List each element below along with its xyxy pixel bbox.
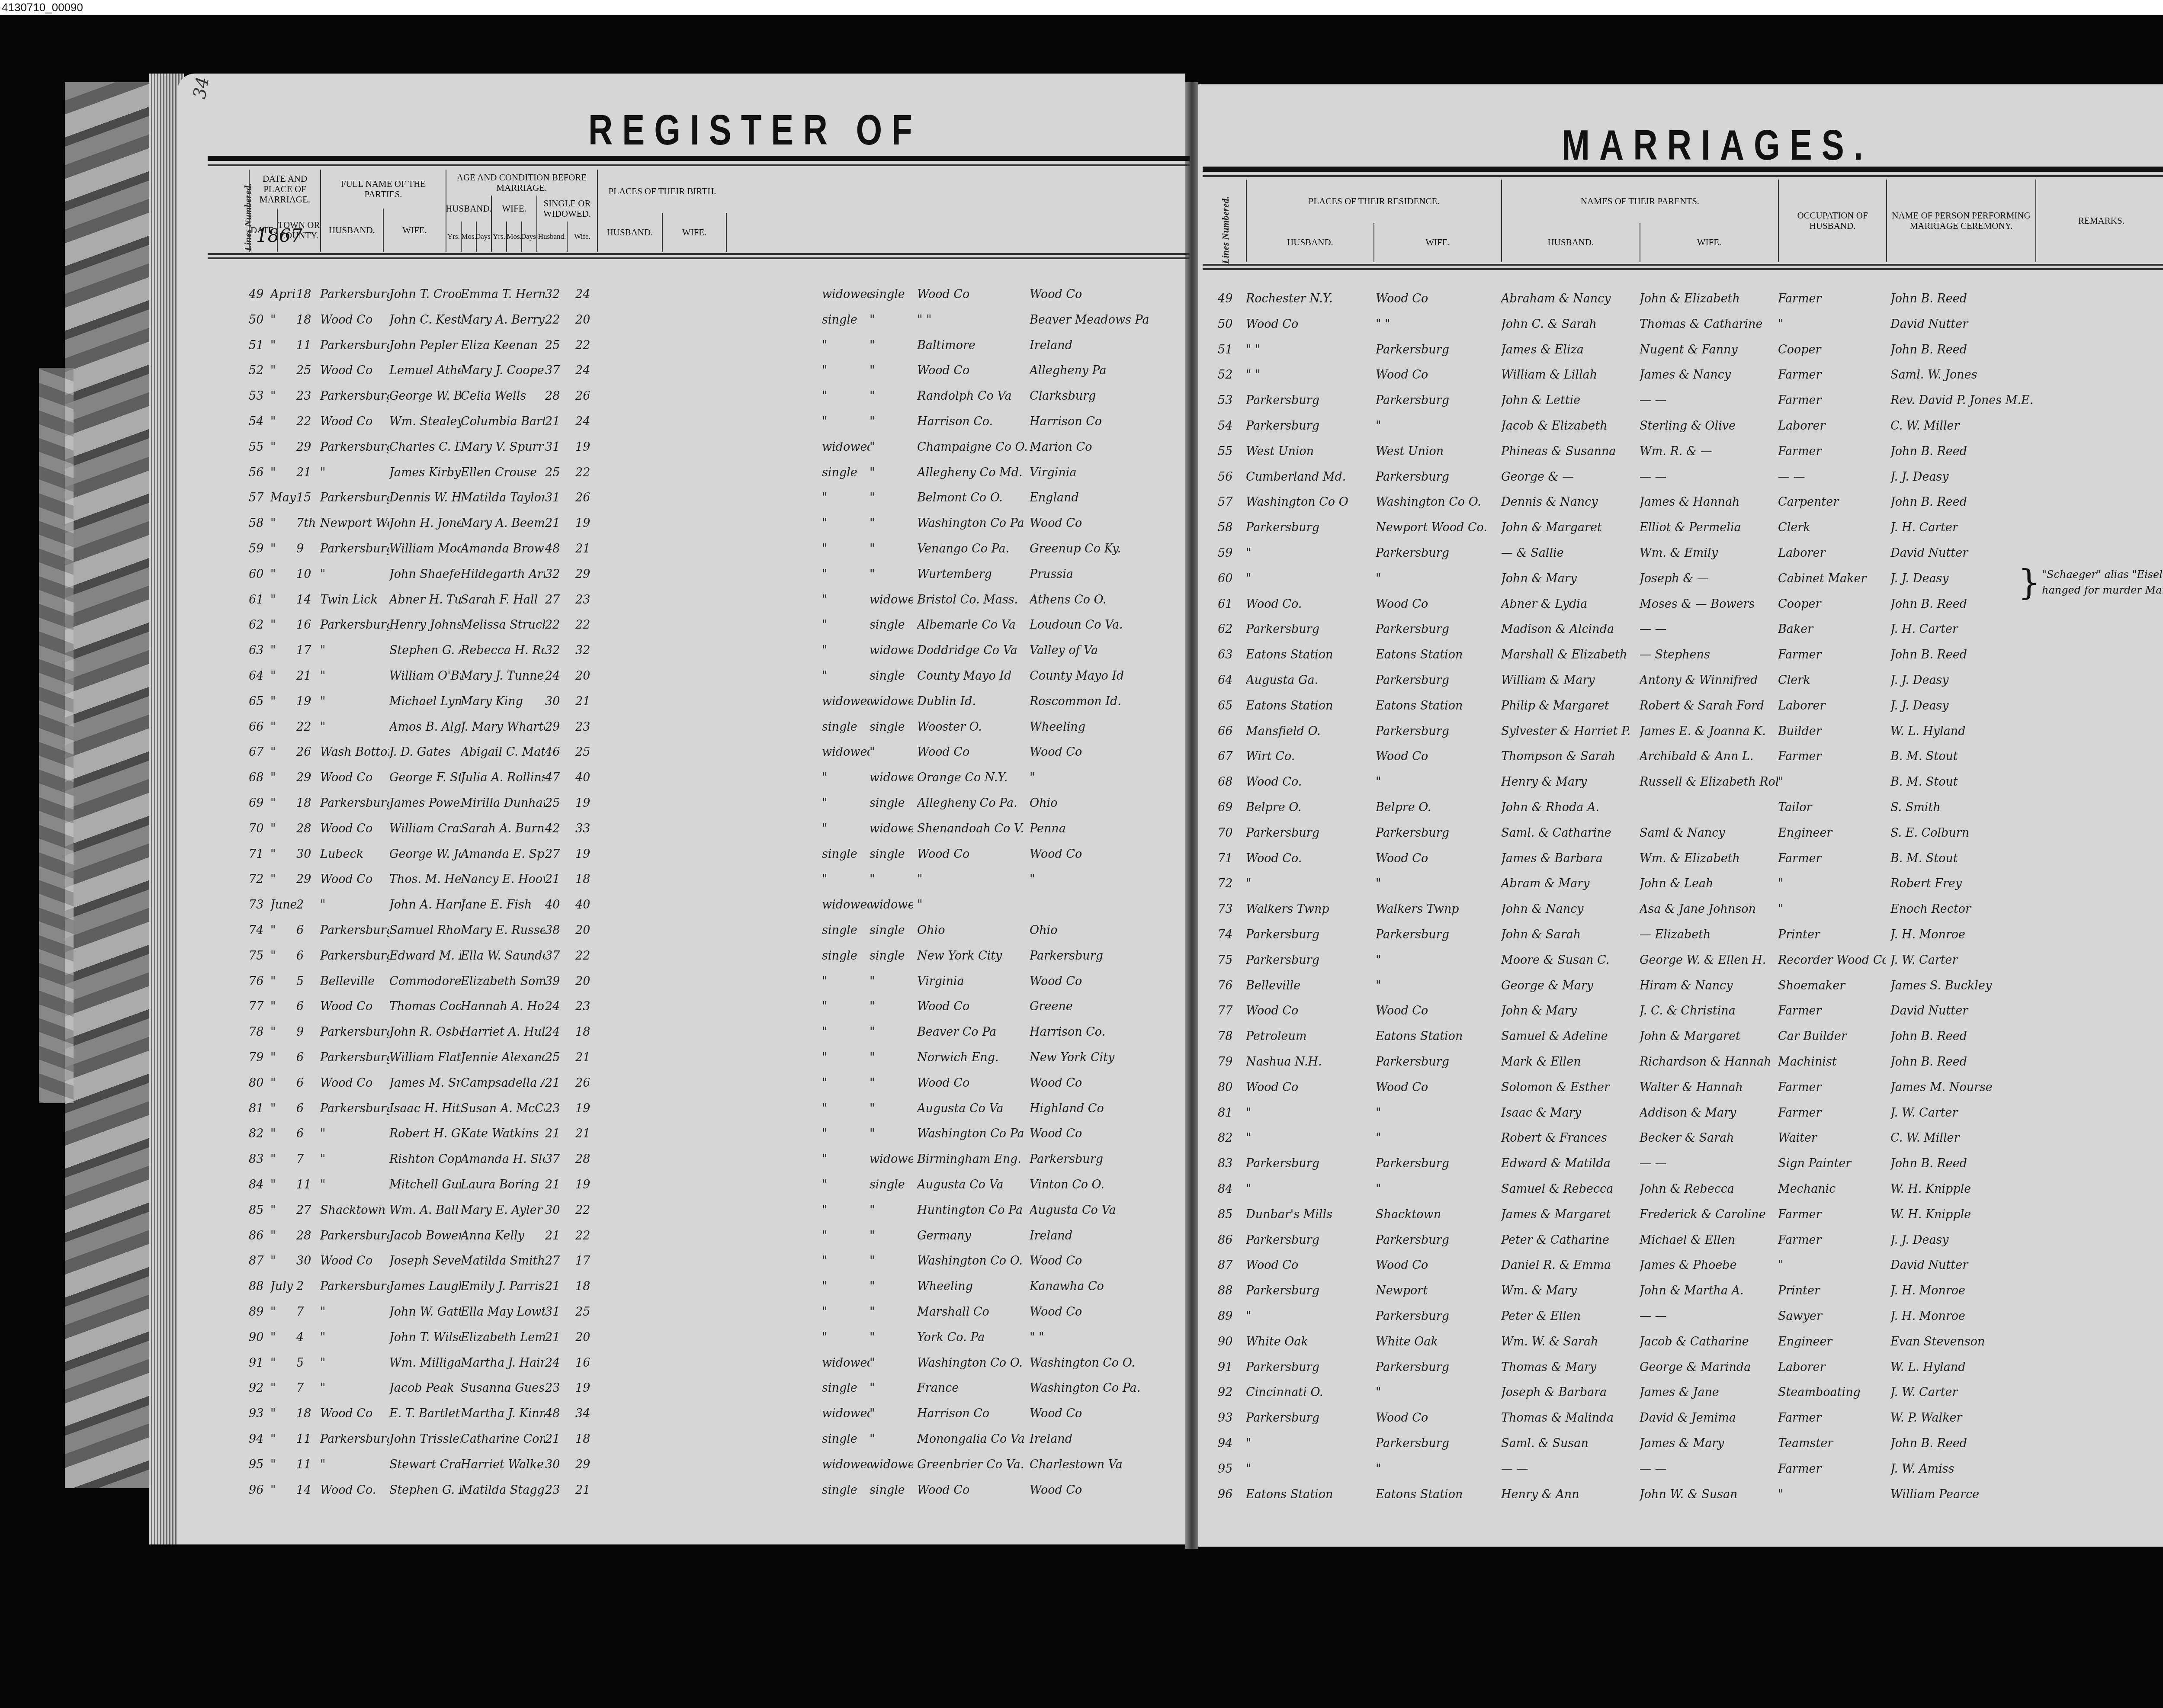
cell-res-w: Parkersburg <box>1376 546 1492 560</box>
cell-officiant: W. L. Hyland <box>1890 725 2033 738</box>
cell-res-h: " <box>1246 1106 1367 1120</box>
cell-res-h: Wood Co. <box>1246 852 1367 865</box>
header-w-days: Days. <box>521 222 536 252</box>
cell-occupation: Laborer <box>1778 699 1886 713</box>
cell-occupation: — — <box>1778 470 1886 484</box>
cell-no: 89 <box>1218 1310 1242 1323</box>
table-row: 55West UnionWest UnionPhineas & SusannaW… <box>0 445 2163 470</box>
cell-res-h: Mansfield O. <box>1246 725 1367 738</box>
cell-par-w: — — <box>1640 394 1778 407</box>
header-rule-bottom-right-2 <box>1203 268 2163 270</box>
table-row: 79Nashua N.H.ParkersburgMark & EllenRich… <box>0 1055 2163 1080</box>
cell-no: 75 <box>1218 954 1242 967</box>
remark-line-2: hanged for murder March 6 1868 <box>2042 582 2163 598</box>
cell-officiant: J. J. Deasy <box>1890 699 2033 713</box>
cell-occupation: " <box>1778 1488 1886 1501</box>
cell-officiant: John B. Reed <box>1890 1157 2033 1170</box>
table-row: 88ParkersburgNewportWm. & MaryJohn & Mar… <box>0 1284 2163 1309</box>
table-row: 65Eatons StationEatons StationPhilip & M… <box>0 699 2163 724</box>
cell-par-h: Madison & Alcinda <box>1501 623 1640 636</box>
table-row: 72""Abram & MaryJohn & Leah"Robert Frey <box>0 877 2163 902</box>
cell-res-w: " <box>1376 1131 1492 1145</box>
cell-res-h: Parkersburg <box>1246 419 1367 433</box>
cell-occupation: Laborer <box>1778 1361 1886 1374</box>
cell-res-h: Cincinnati O. <box>1246 1386 1367 1399</box>
table-row: 83ParkersburgParkersburgEdward & Matilda… <box>0 1157 2163 1182</box>
cell-no: 72 <box>1218 877 1242 890</box>
cell-occupation: Farmer <box>1778 1233 1886 1247</box>
cell-res-w: White Oak <box>1376 1335 1492 1348</box>
table-row: 78PetroleumEatons StationSamuel & Adelin… <box>0 1030 2163 1055</box>
cell-occupation: Carpenter <box>1778 495 1886 509</box>
cell-no: 69 <box>1218 801 1242 814</box>
cell-officiant: J. J. Deasy <box>1890 1233 2033 1247</box>
remark-note: "Schaeger" alias "Eisele" hanged for mur… <box>2042 567 2163 598</box>
cell-par-h: Samuel & Adeline <box>1501 1030 1640 1043</box>
cell-no: 62 <box>1218 623 1242 636</box>
header-full-name: FULL NAME OF THE PARTIES. <box>320 170 446 209</box>
cell-par-w: James E. & Joanna K. <box>1640 725 1778 738</box>
cell-officiant: J. W. Amiss <box>1890 1462 2033 1476</box>
table-row: 49Rochester N.Y.Wood CoAbraham & NancyJo… <box>0 292 2163 317</box>
header-age-condition: AGE AND CONDITION BEFORE MARRIAGE. <box>446 170 597 196</box>
cell-par-h: James & Eliza <box>1501 343 1640 356</box>
cell-officiant: Rev. David P. Jones M.E. <box>1890 394 2033 407</box>
cell-occupation: Farmer <box>1778 1106 1886 1120</box>
cell-res-w: Parkersburg <box>1376 826 1492 840</box>
table-row: 90White OakWhite OakWm. W. & SarahJacob … <box>0 1335 2163 1360</box>
cell-res-w: Wood Co <box>1376 1259 1492 1272</box>
cell-res-h: Parkersburg <box>1246 826 1367 840</box>
cell-no: 71 <box>1218 852 1242 865</box>
cell-no: 79 <box>1218 1055 1242 1069</box>
cell-par-h: John & Lettie <box>1501 394 1640 407</box>
header-single-widowed: SINGLE or WIDOWED. <box>536 196 597 222</box>
page-number: 34 <box>189 75 213 100</box>
cell-par-w: — Stephens <box>1640 648 1778 661</box>
remark-line-1: "Schaeger" alias "Eisele" <box>2042 567 2163 582</box>
cell-res-h: Rochester N.Y. <box>1246 292 1367 305</box>
cell-officiant: J. H. Monroe <box>1890 928 2033 941</box>
cell-officiant: J. H. Monroe <box>1890 1310 2033 1323</box>
table-row: 50Wood Co" "John C. & SarahThomas & Cath… <box>0 318 2163 343</box>
cell-occupation: " <box>1778 318 1886 331</box>
cell-par-h: John & Nancy <box>1501 902 1640 916</box>
cell-no: 90 <box>1218 1335 1242 1348</box>
cell-no: 86 <box>1218 1233 1242 1247</box>
header-age-wife: WIFE. <box>491 196 536 222</box>
table-row: 68Wood Co."Henry & MaryRussell & Elizabe… <box>0 775 2163 800</box>
cell-officiant: W. H. Knipple <box>1890 1182 2033 1196</box>
header-h-mos: Mos. <box>461 222 476 252</box>
cell-par-w: — Elizabeth <box>1640 928 1778 941</box>
cell-res-h: Wood Co <box>1246 318 1367 331</box>
cell-par-w: Sterling & Olive <box>1640 419 1778 433</box>
cell-res-w: Parkersburg <box>1376 1055 1492 1069</box>
cell-no: 64 <box>1218 674 1242 687</box>
cell-occupation: Cooper <box>1778 597 1886 611</box>
header-name-wife: WIFE. <box>383 209 446 252</box>
cell-no: 73 <box>1218 902 1242 916</box>
cell-no: 92 <box>1218 1386 1242 1399</box>
cell-occupation: Farmer <box>1778 394 1886 407</box>
header-name-husband: HUSBAND. <box>320 209 383 252</box>
cell-par-w: Robert & Sarah Ford <box>1640 699 1778 713</box>
cell-officiant: B. M. Stout <box>1890 775 2033 789</box>
table-row: 74ParkersburgParkersburgJohn & Sarah— El… <box>0 928 2163 953</box>
cell-no: 65 <box>1218 699 1242 713</box>
cell-res-h: Cumberland Md. <box>1246 470 1367 484</box>
cell-officiant: John B. Reed <box>1890 445 2033 458</box>
cell-par-w: — — <box>1640 1157 1778 1170</box>
cell-res-h: Parkersburg <box>1246 1361 1367 1374</box>
table-row: 73Walkers TwnpWalkers TwnpJohn & NancyAs… <box>0 902 2163 928</box>
cell-res-w: Eatons Station <box>1376 699 1492 713</box>
cell-res-h: " <box>1246 1462 1367 1476</box>
cell-officiant: John B. Reed <box>1890 648 2033 661</box>
header-birth-husband: HUSBAND. <box>597 213 662 252</box>
header-rule-top-left <box>208 156 1190 161</box>
cell-res-h: Parkersburg <box>1246 928 1367 941</box>
cell-occupation: Cooper <box>1778 343 1886 356</box>
header-w-mos: Mos. <box>506 222 521 252</box>
cell-occupation: Clerk <box>1778 521 1886 534</box>
cell-occupation: Farmer <box>1778 1004 1886 1018</box>
cell-par-h: John C. & Sarah <box>1501 318 1640 331</box>
cell-res-h: Eatons Station <box>1246 648 1367 661</box>
cell-res-w: Parkersburg <box>1376 343 1492 356</box>
cell-res-w: " <box>1376 1106 1492 1120</box>
cell-officiant: J. J. Deasy <box>1890 572 2033 585</box>
cell-no: 70 <box>1218 826 1242 840</box>
cell-res-h: Eatons Station <box>1246 1488 1367 1501</box>
cell-par-w: Saml & Nancy <box>1640 826 1778 840</box>
cell-no: 55 <box>1218 445 1242 458</box>
cell-officiant: David Nutter <box>1890 1004 2033 1018</box>
cell-par-h: George & — <box>1501 470 1640 484</box>
page-title-right: MARRIAGES. <box>1562 121 1872 170</box>
cell-occupation: Builder <box>1778 725 1886 738</box>
cell-officiant: J. W. Carter <box>1890 954 2033 967</box>
cell-res-h: Wood Co <box>1246 1081 1367 1094</box>
cell-par-h: Isaac & Mary <box>1501 1106 1640 1120</box>
table-row: 86ParkersburgParkersburgPeter & Catharin… <box>0 1233 2163 1259</box>
cell-officiant: W. L. Hyland <box>1890 1361 2033 1374</box>
table-row: 92Cincinnati O."Joseph & BarbaraJames & … <box>0 1386 2163 1411</box>
cell-par-w: James & Nancy <box>1640 368 1778 382</box>
cell-par-h: Peter & Ellen <box>1501 1310 1640 1323</box>
cell-officiant: S. E. Colburn <box>1890 826 2033 840</box>
cell-par-h: — & Sallie <box>1501 546 1640 560</box>
cell-officiant: J. J. Deasy <box>1890 470 2033 484</box>
cell-occupation: Engineer <box>1778 826 1886 840</box>
cell-res-h: " <box>1246 877 1367 890</box>
cell-res-w: Wood Co <box>1376 368 1492 382</box>
cell-no: 80 <box>1218 1081 1242 1094</box>
table-row: 80Wood CoWood CoSolomon & EstherWalter &… <box>0 1081 2163 1106</box>
table-row: 75Parkersburg"Moore & Susan C.George W. … <box>0 954 2163 979</box>
cell-occupation: Printer <box>1778 1284 1886 1297</box>
cell-no: 53 <box>1218 394 1242 407</box>
cell-par-w: Moses & — Bowers <box>1640 597 1778 611</box>
table-row: 96Eatons StationEatons StationHenry & An… <box>0 1488 2163 1513</box>
cell-par-w: Elliot & Permelia <box>1640 521 1778 534</box>
cell-par-w: Michael & Ellen <box>1640 1233 1778 1247</box>
cell-no: 76 <box>1218 979 1242 992</box>
cell-res-h: " <box>1246 572 1367 585</box>
cell-occupation: Farmer <box>1778 368 1886 382</box>
cell-res-w: " <box>1376 1182 1492 1196</box>
table-row: 71Wood Co.Wood CoJames & BarbaraWm. & El… <box>0 852 2163 877</box>
table-row: 54Parkersburg"Jacob & ElizabethSterling … <box>0 419 2163 444</box>
cell-par-w: John & Leah <box>1640 877 1778 890</box>
cell-occupation: Shoemaker <box>1778 979 1886 992</box>
cell-no: 78 <box>1218 1030 1242 1043</box>
cell-officiant: J. H. Carter <box>1890 623 2033 636</box>
cell-par-w: David & Jemima <box>1640 1411 1778 1425</box>
cell-officiant: W. H. Knipple <box>1890 1208 2033 1221</box>
cell-res-w: Parkersburg <box>1376 1233 1492 1247</box>
cell-res-w: Wood Co <box>1376 1411 1492 1425</box>
cell-par-w: Becker & Sarah <box>1640 1131 1778 1145</box>
cell-res-w: Parkersburg <box>1376 725 1492 738</box>
cell-res-w: " <box>1376 419 1492 433</box>
cell-officiant: J. W. Carter <box>1890 1106 2033 1120</box>
cell-par-h: Jacob & Elizabeth <box>1501 419 1640 433</box>
cell-occupation: " <box>1778 902 1886 916</box>
cell-officiant: J. H. Carter <box>1890 521 2033 534</box>
cell-res-h: Parkersburg <box>1246 954 1367 967</box>
cell-no: 94 <box>1218 1437 1242 1450</box>
cell-res-h: Dunbar's Mills <box>1246 1208 1367 1221</box>
cell-res-h: White Oak <box>1246 1335 1367 1348</box>
table-row: 52" "Wood CoWilliam & LillahJames & Nanc… <box>0 368 2163 393</box>
cell-officiant: David Nutter <box>1890 1259 2033 1272</box>
cell-par-h: John & Sarah <box>1501 928 1640 941</box>
cell-officiant: C. W. Miller <box>1890 419 2033 433</box>
cell-no: 51 <box>1218 343 1242 356</box>
cell-res-w: " <box>1376 775 1492 789</box>
cell-occupation: Farmer <box>1778 292 1886 305</box>
cell-no: 66 <box>1218 725 1242 738</box>
table-row: 81""Isaac & MaryAddison & MaryFarmerJ. W… <box>0 1106 2163 1131</box>
cell-par-h: Wm. W. & Sarah <box>1501 1335 1640 1348</box>
cell-no: 50 <box>1218 318 1242 331</box>
cell-par-h: Moore & Susan C. <box>1501 954 1640 967</box>
cell-occupation: Farmer <box>1778 852 1886 865</box>
cell-res-h: " " <box>1246 343 1367 356</box>
cell-par-w: Antony & Winnifred <box>1640 674 1778 687</box>
cell-no: 91 <box>1218 1361 1242 1374</box>
cell-par-w: Richardson & Hannah <box>1640 1055 1778 1069</box>
header-occupation: OCCUPATION OF HUSBAND. <box>1778 180 1886 262</box>
header-par-husband: HUSBAND. <box>1501 223 1640 262</box>
table-row: 89"ParkersburgPeter & Ellen— —SawyerJ. H… <box>0 1310 2163 1335</box>
cell-par-w: Hiram & Nancy <box>1640 979 1778 992</box>
table-row: 53ParkersburgParkersburgJohn & Lettie— —… <box>0 394 2163 419</box>
cell-par-h: Saml. & Catharine <box>1501 826 1640 840</box>
cell-officiant: Saml. W. Jones <box>1890 368 2033 382</box>
cell-par-h: Henry & Ann <box>1501 1488 1640 1501</box>
cell-par-h: George & Mary <box>1501 979 1640 992</box>
cell-par-h: Edward & Matilda <box>1501 1157 1640 1170</box>
table-row: 51" "ParkersburgJames & ElizaNugent & Fa… <box>0 343 2163 368</box>
cell-officiant: W. P. Walker <box>1890 1411 2033 1425</box>
cell-par-w: — — <box>1640 623 1778 636</box>
cell-officiant: J. J. Deasy <box>1890 674 2033 687</box>
cell-no: 63 <box>1218 648 1242 661</box>
header-h-days: Days. <box>476 222 491 252</box>
cell-no: 83 <box>1218 1157 1242 1170</box>
cell-res-h: Parkersburg <box>1246 1411 1367 1425</box>
cell-no: 84 <box>1218 1182 1242 1196</box>
cell-res-h: " <box>1246 1310 1367 1323</box>
cell-occupation: Printer <box>1778 928 1886 941</box>
table-row: 77Wood CoWood CoJohn & MaryJ. C. & Chris… <box>0 1004 2163 1029</box>
cell-par-w: Jacob & Catharine <box>1640 1335 1778 1348</box>
cell-res-w: Newport <box>1376 1284 1492 1297</box>
cell-par-h: Thompson & Sarah <box>1501 750 1640 763</box>
cell-occupation: Clerk <box>1778 674 1886 687</box>
cell-no: 93 <box>1218 1411 1242 1425</box>
cell-officiant: J. H. Monroe <box>1890 1284 2033 1297</box>
cell-par-w: John & Margaret <box>1640 1030 1778 1043</box>
cell-par-w: John W. & Susan <box>1640 1488 1778 1501</box>
cell-res-w: Shacktown <box>1376 1208 1492 1221</box>
cell-occupation: Sawyer <box>1778 1310 1886 1323</box>
cell-occupation: Farmer <box>1778 1462 1886 1476</box>
cell-res-w: Parkersburg <box>1376 394 1492 407</box>
cell-res-w: Eatons Station <box>1376 648 1492 661</box>
header-names-parents: NAMES OF THEIR PARENTS. <box>1501 180 1778 223</box>
cell-par-w: James & Mary <box>1640 1437 1778 1450</box>
cell-no: 54 <box>1218 419 1242 433</box>
cell-par-w: George & Marinda <box>1640 1361 1778 1374</box>
cell-no: 81 <box>1218 1106 1242 1120</box>
cell-res-w: Newport Wood Co. <box>1376 521 1492 534</box>
cell-par-h: John & Mary <box>1501 572 1640 585</box>
cell-res-h: Eatons Station <box>1246 699 1367 713</box>
cell-par-h: James & Margaret <box>1501 1208 1640 1221</box>
cell-par-h: Saml. & Susan <box>1501 1437 1640 1450</box>
cell-par-w: James & Jane <box>1640 1386 1778 1399</box>
cell-par-w: Asa & Jane Johnson <box>1640 902 1778 916</box>
table-row: 70ParkersburgParkersburgSaml. & Catharin… <box>0 826 2163 851</box>
cell-no: 49 <box>1218 292 1242 305</box>
cell-no: 82 <box>1218 1131 1242 1145</box>
table-row: 58ParkersburgNewport Wood Co.John & Marg… <box>0 521 2163 546</box>
table-row: 59"Parkersburg— & SallieWm. & EmilyLabor… <box>0 546 2163 571</box>
cell-res-h: Belleville <box>1246 979 1367 992</box>
cell-occupation: Car Builder <box>1778 1030 1886 1043</box>
cell-no: 57 <box>1218 495 1242 509</box>
cell-par-w: Addison & Mary <box>1640 1106 1778 1120</box>
cell-par-w: John & Martha A. <box>1640 1284 1778 1297</box>
table-row: 69Belpre O.Belpre O.John & Rhoda A.Tailo… <box>0 801 2163 826</box>
cell-par-h: Thomas & Mary <box>1501 1361 1640 1374</box>
cell-res-h: Parkersburg <box>1246 394 1367 407</box>
table-row: 62ParkersburgParkersburgMadison & Alcind… <box>0 623 2163 648</box>
cell-par-w: Wm. & Emily <box>1640 546 1778 560</box>
cell-res-h: Parkersburg <box>1246 1284 1367 1297</box>
cell-res-w: Wood Co <box>1376 852 1492 865</box>
header-rule-top-left-thin <box>208 164 1190 166</box>
cell-occupation: Mechanic <box>1778 1182 1886 1196</box>
header-sw-wife: Wife. <box>567 222 597 252</box>
cell-officiant: Enoch Rector <box>1890 902 2033 916</box>
header-date-place: DATE AND PLACE OF MARRIAGE. <box>249 170 320 209</box>
cell-occupation: Farmer <box>1778 1411 1886 1425</box>
image-label: 4130710_00090 <box>0 0 2163 15</box>
table-row: 85Dunbar's MillsShacktownJames & Margare… <box>0 1208 2163 1233</box>
cell-par-w: Wm. & Elizabeth <box>1640 852 1778 865</box>
header-sw-husband: Husband. <box>536 222 567 252</box>
table-row: 82""Robert & FrancesBecker & SarahWaiter… <box>0 1131 2163 1156</box>
cell-par-w: — — <box>1640 470 1778 484</box>
table-row: 56Cumberland Md.ParkersburgGeorge & —— —… <box>0 470 2163 495</box>
cell-res-w: " <box>1376 877 1492 890</box>
cell-par-w: J. C. & Christina <box>1640 1004 1778 1018</box>
cell-occupation: " <box>1778 775 1886 789</box>
cell-res-w: Parkersburg <box>1376 1157 1492 1170</box>
header-places-residence: PLACES OF THEIR RESIDENCE. <box>1246 180 1501 223</box>
cell-res-h: " <box>1246 546 1367 560</box>
cell-res-h: Parkersburg <box>1246 1157 1367 1170</box>
cell-officiant: J. W. Carter <box>1890 1386 2033 1399</box>
cell-res-w: Parkersburg <box>1376 1361 1492 1374</box>
header-age-husband: HUSBAND. <box>446 196 491 222</box>
cell-par-h: John & Mary <box>1501 1004 1640 1018</box>
cell-no: 95 <box>1218 1462 1242 1476</box>
cell-par-h: Mark & Ellen <box>1501 1055 1640 1069</box>
cell-res-w: Wood Co <box>1376 1004 1492 1018</box>
cell-res-h: " <box>1246 1437 1367 1450</box>
table-row: 91ParkersburgParkersburgThomas & MaryGeo… <box>0 1361 2163 1386</box>
cell-occupation: Farmer <box>1778 1081 1886 1094</box>
cell-res-w: Eatons Station <box>1376 1488 1492 1501</box>
cell-occupation: Baker <box>1778 623 1886 636</box>
header-remarks: REMARKS. <box>2035 180 2163 262</box>
table-row: 93ParkersburgWood CoThomas & MalindaDavi… <box>0 1411 2163 1436</box>
cell-res-w: Wood Co <box>1376 292 1492 305</box>
remark-brace-icon: } <box>2018 562 2040 603</box>
cell-occupation: Steamboating <box>1778 1386 1886 1399</box>
cell-res-w: Parkersburg <box>1376 674 1492 687</box>
header-places-birth: PLACES OF THEIR BIRTH. <box>597 170 727 213</box>
cell-par-w: — — <box>1640 1462 1778 1476</box>
cell-res-h: Wood Co <box>1246 1259 1367 1272</box>
cell-par-w: Walter & Hannah <box>1640 1081 1778 1094</box>
cell-res-w: " " <box>1376 318 1492 331</box>
cell-par-h: Sylvester & Harriet P. <box>1501 725 1640 738</box>
header-birth-wife: WIFE. <box>662 213 727 252</box>
cell-res-h: " <box>1246 1131 1367 1145</box>
cell-par-h: Samuel & Rebecca <box>1501 1182 1640 1196</box>
cell-officiant: B. M. Stout <box>1890 750 2033 763</box>
cell-res-w: Parkersburg <box>1376 623 1492 636</box>
cell-res-h: Wirt Co. <box>1246 750 1367 763</box>
cell-res-h: Wood Co. <box>1246 775 1367 789</box>
cell-officiant: David Nutter <box>1890 546 2033 560</box>
cell-officiant: John B. Reed <box>1890 343 2033 356</box>
cell-officiant: S. Smith <box>1890 801 2033 814</box>
cell-res-w: Belpre O. <box>1376 801 1492 814</box>
cell-occupation: Laborer <box>1778 419 1886 433</box>
table-row: 64Augusta Ga.ParkersburgWilliam & MaryAn… <box>0 674 2163 699</box>
cell-officiant: John B. Reed <box>1890 1030 2033 1043</box>
header-rule-bottom-left-2 <box>208 257 1190 259</box>
cell-par-h: Philip & Margaret <box>1501 699 1640 713</box>
